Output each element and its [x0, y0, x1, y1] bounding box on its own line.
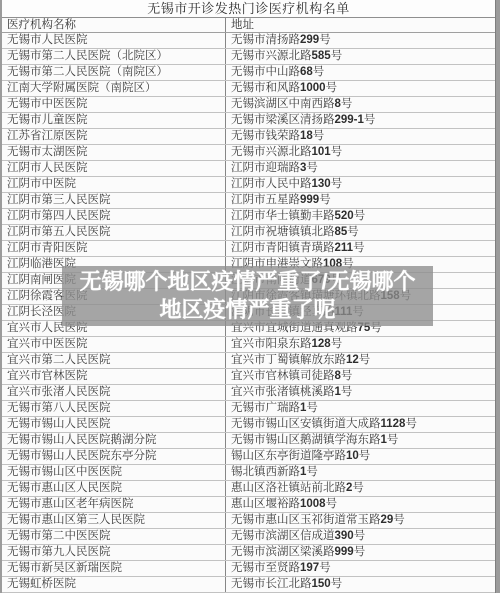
address-cell: 无锡市至贤路197号 — [226, 561, 495, 576]
hospital-name-cell: 无锡虹桥医院 — [2, 577, 226, 592]
address-cell: 江阴市祝塘镇镇北路85号 — [226, 225, 495, 240]
table-row: 无锡市第九人民医院无锡市滨湖区梁溪路999号 — [2, 545, 495, 561]
hospital-name-cell: 无锡市惠山区老年病医院 — [2, 497, 226, 512]
address-cell: 惠山区堰裕路1008号 — [226, 497, 495, 512]
address-cell: 无锡市和风路1000号 — [226, 81, 495, 96]
hospital-name-cell: 无锡市第八人民医院 — [2, 401, 226, 416]
screenshot-photo: 无锡市开诊发热门诊医疗机构名单 医疗机构名称 地址 无锡市人民医院无锡市清扬路2… — [0, 0, 500, 593]
table-row: 无锡市锡山人民医院东亭分院锡山区东亭街道隆亭路10号 — [2, 449, 495, 465]
address-cell: 宜兴市丁蜀镇解放东路12号 — [226, 353, 495, 368]
table-row: 江阴市中医院江阴市人民中路130号 — [2, 177, 495, 193]
caption-line-1: 无锡哪个地区疫情严重了/无锡哪个 — [79, 269, 415, 295]
address-cell: 宜兴市官林镇司徒路8号 — [226, 369, 495, 384]
address-cell: 无锡滨湖区中南西路8号 — [226, 97, 495, 112]
address-cell: 无锡市钱荣路18号 — [226, 129, 495, 144]
address-cell: 锡北镇西新路1号 — [226, 465, 495, 480]
hospital-name-cell: 无锡市太湖医院 — [2, 145, 226, 160]
address-cell: 江阴市迎瑞路3号 — [226, 161, 495, 176]
address-cell: 无锡市锡山区安镇街道大成路1128号 — [226, 417, 495, 432]
table-row: 江阴市青阳医院江阴市青阳镇青璜路211号 — [2, 241, 495, 257]
address-cell: 江阴市青阳镇青璜路211号 — [226, 241, 495, 256]
address-cell: 无锡市兴源北路101号 — [226, 145, 495, 160]
table-row: 宜兴市张渚人民医院宜兴市张渚镇桃溪路1号 — [2, 385, 495, 401]
table-row: 无锡市第八人民医院无锡市广瑞路1号 — [2, 401, 495, 417]
table-row: 无锡市锡山区中医医院锡北镇西新路1号 — [2, 465, 495, 481]
address-cell: 无锡市广瑞路1号 — [226, 401, 495, 416]
hospital-name-cell: 江阴市第四人民医院 — [2, 209, 226, 224]
table-row: 无锡市第二人民医院（南院区）无锡市中山路68号 — [2, 65, 495, 81]
hospital-name-cell: 无锡市人民医院 — [2, 33, 226, 48]
address-cell: 无锡市滨湖区梁溪路999号 — [226, 545, 495, 560]
hospital-name-cell: 宜兴市官林医院 — [2, 369, 226, 384]
hospital-name-cell: 无锡市第二人民医院（北院区） — [2, 49, 226, 64]
caption-overlay: 无锡哪个地区疫情严重了/无锡哪个 地区疫情严重了呢 — [62, 266, 433, 326]
hospital-name-cell: 江阴市第三人民医院 — [2, 193, 226, 208]
hospital-name-cell: 无锡市第二中医医院 — [2, 529, 226, 544]
hospital-name-cell: 无锡市第二人民医院（南院区） — [2, 65, 226, 80]
hospital-name-cell: 无锡市中医医院 — [2, 97, 226, 112]
table-row: 无锡市锡山人民医院鹅湖分院无锡市锡山区鹅湖镇学海东路1号 — [2, 433, 495, 449]
table-row: 宜兴市第二人民医院宜兴市丁蜀镇解放东路12号 — [2, 353, 495, 369]
hospital-name-cell: 江阴市人民医院 — [2, 161, 226, 176]
table-row: 江阴市人民医院江阴市迎瑞路3号 — [2, 161, 495, 177]
caption-line-2: 地区疫情严重了呢 — [159, 297, 335, 323]
address-cell: 江阴市华士镇勤丰路520号 — [226, 209, 495, 224]
header-hospital-name: 医疗机构名称 — [2, 18, 226, 32]
table-row: 江阴市第四人民医院江阴市华士镇勤丰路520号 — [2, 209, 495, 225]
address-cell: 宜兴市张渚镇桃溪路1号 — [226, 385, 495, 400]
table-row: 无锡市惠山区第三人民医院无锡市惠山区玉祁街道常玉路29号 — [2, 513, 495, 529]
table-row: 无锡市中医医院无锡滨湖区中南西路8号 — [2, 97, 495, 113]
hospital-name-cell: 江苏省江原医院 — [2, 129, 226, 144]
table-row: 宜兴市官林医院宜兴市官林镇司徒路8号 — [2, 369, 495, 385]
address-cell: 惠山区洛社镇站前北路2号 — [226, 481, 495, 496]
hospital-name-cell: 无锡市儿童医院 — [2, 113, 226, 128]
hospital-name-cell: 无锡市新吴区新瑞医院 — [2, 561, 226, 576]
table-row: 江南大学附属医院（南院区）无锡市和风路1000号 — [2, 81, 495, 97]
address-cell: 江阴市五星路999号 — [226, 193, 495, 208]
table-row: 无锡市惠山区老年病医院惠山区堰裕路1008号 — [2, 497, 495, 513]
table-row: 无锡市儿童医院无锡市梁溪区清扬路299-1号 — [2, 113, 495, 129]
table-header: 医疗机构名称 地址 — [2, 18, 495, 33]
address-cell: 无锡市兴源北路585号 — [226, 49, 495, 64]
table-row: 宜兴市中医医院宜兴市阳泉东路128号 — [2, 337, 495, 353]
hospital-name-cell: 江南大学附属医院（南院区） — [2, 81, 226, 96]
table-row: 无锡虹桥医院无锡市长江北路150号 — [2, 577, 495, 593]
table-row: 无锡市太湖医院无锡市兴源北路101号 — [2, 145, 495, 161]
address-cell: 无锡市梁溪区清扬路299-1号 — [226, 113, 495, 128]
address-cell: 无锡市锡山区鹅湖镇学海东路1号 — [226, 433, 495, 448]
table-row: 无锡市锡山人民医院无锡市锡山区安镇街道大成路1128号 — [2, 417, 495, 433]
hospital-name-cell: 江阴市中医院 — [2, 177, 226, 192]
hospital-name-cell: 宜兴市中医医院 — [2, 337, 226, 352]
hospital-name-cell: 江阴市青阳医院 — [2, 241, 226, 256]
table-title: 无锡市开诊发热门诊医疗机构名单 — [2, 0, 495, 18]
table-row: 无锡市人民医院无锡市清扬路299号 — [2, 33, 495, 49]
table-row: 无锡市新吴区新瑞医院无锡市至贤路197号 — [2, 561, 495, 577]
address-cell: 无锡市滨湖区信成道390号 — [226, 529, 495, 544]
table-row: 无锡市第二人民医院（北院区）无锡市兴源北路585号 — [2, 49, 495, 65]
hospital-name-cell: 无锡市锡山人民医院东亭分院 — [2, 449, 226, 464]
hospital-name-cell: 宜兴市第二人民医院 — [2, 353, 226, 368]
hospital-name-cell: 无锡市第九人民医院 — [2, 545, 226, 560]
table-row: 无锡市惠山区人民医院惠山区洛社镇站前北路2号 — [2, 481, 495, 497]
address-cell: 江阴市人民中路130号 — [226, 177, 495, 192]
address-cell: 无锡市清扬路299号 — [226, 33, 495, 48]
table-row: 江苏省江原医院无锡市钱荣路18号 — [2, 129, 495, 145]
hospital-name-cell: 无锡市锡山人民医院鹅湖分院 — [2, 433, 226, 448]
address-cell: 无锡市中山路68号 — [226, 65, 495, 80]
table-row: 江阴市第五人民医院江阴市祝塘镇镇北路85号 — [2, 225, 495, 241]
hospital-name-cell: 江阴市第五人民医院 — [2, 225, 226, 240]
address-cell: 宜兴市阳泉东路128号 — [226, 337, 495, 352]
table-row: 无锡市第二中医医院无锡市滨湖区信成道390号 — [2, 529, 495, 545]
address-cell: 锡山区东亭街道隆亭路10号 — [226, 449, 495, 464]
hospital-name-cell: 无锡市锡山区中医医院 — [2, 465, 226, 480]
hospital-name-cell: 宜兴市张渚人民医院 — [2, 385, 226, 400]
table-row: 江阴市第三人民医院江阴市五星路999号 — [2, 193, 495, 209]
hospital-name-cell: 无锡市锡山人民医院 — [2, 417, 226, 432]
hospital-name-cell: 无锡市惠山区第三人民医院 — [2, 513, 226, 528]
header-address: 地址 — [226, 18, 495, 32]
hospital-name-cell: 无锡市惠山区人民医院 — [2, 481, 226, 496]
address-cell: 无锡市惠山区玉祁街道常玉路29号 — [226, 513, 495, 528]
address-cell: 无锡市长江北路150号 — [226, 577, 495, 592]
